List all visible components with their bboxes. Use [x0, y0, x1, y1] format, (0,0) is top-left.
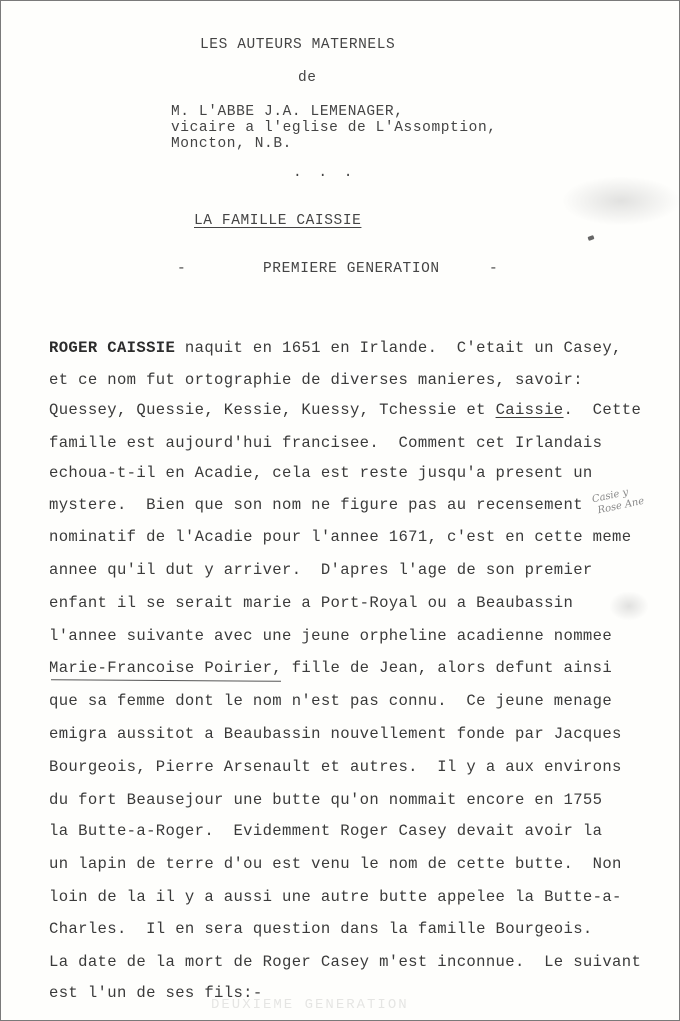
body-line-2: et ce nom fut ortographie de diverses ma… [49, 371, 583, 389]
document-title: LES AUTEURS MATERNELS [200, 36, 395, 54]
body-line-10: l'annee suivante avec une jeune orphelin… [49, 627, 612, 645]
body-line-8: annee qu'il dut y arriver. D'apres l'age… [49, 561, 593, 579]
body-text: naquit en 1651 en Irlande. C'etait un Ca… [175, 339, 622, 357]
body-text: . Cette [564, 401, 642, 419]
underlined-caissie: Caissie [496, 401, 564, 419]
body-line-15: du fort Beausejour une butte qu'on nomma… [49, 791, 602, 809]
body-line-3: Quessey, Quessie, Kessie, Kuessy, Tchess… [49, 401, 641, 419]
scan-smudge [561, 176, 680, 226]
body-line-13: emigra aussitot a Beaubassin nouvellemen… [49, 725, 622, 743]
body-text: , fille de Jean, alors defunt ainsi [272, 659, 612, 677]
author-location: Moncton, N.B. [171, 135, 292, 153]
ink-speck [587, 235, 594, 241]
body-line-18: loin de la il y a aussi une autre butte … [49, 888, 622, 906]
generation-heading: PREMIERE GENERATION [263, 260, 440, 278]
dash-right: - [489, 260, 498, 278]
spouse-name: Marie-Francoise Poirier [49, 659, 272, 677]
handwritten-underline [51, 679, 281, 682]
body-line-9: enfant il se serait marie a Port-Royal o… [49, 594, 573, 612]
scan-smudge [609, 591, 649, 621]
body-line-17: un lapin de terre d'ou est venu le nom d… [49, 855, 622, 873]
body-line-5: echoua-t-il en Acadie, cela est reste ju… [49, 464, 593, 482]
body-line-14: Bourgeois, Pierre Arsenault et autres. I… [49, 758, 622, 776]
bleed-through-text: DEUXIEME GENERATION [211, 997, 409, 1013]
body-line-16: la Butte-a-Roger. Evidemment Roger Casey… [49, 822, 602, 840]
body-text: Quessey, Quessie, Kessie, Kuessy, Tchess… [49, 401, 496, 419]
body-line-12: que sa femme dont le nom n'est pas connu… [49, 692, 612, 710]
document-page: LES AUTEURS MATERNELS de M. L'ABBE J.A. … [0, 0, 680, 1021]
body-line-19: Charles. Il en sera question dans la fam… [49, 920, 593, 938]
body-line-20: La date de la mort de Roger Casey m'est … [49, 953, 641, 971]
body-line-11: Marie-Francoise Poirier, fille de Jean, … [49, 659, 612, 677]
body-line-6: mystere. Bien que son nom ne figure pas … [49, 496, 583, 514]
header-de: de [298, 69, 317, 87]
body-line-7: nominatif de l'Acadie pour l'annee 1671,… [49, 528, 631, 546]
dash-left: - [177, 260, 186, 278]
header-separator: . . . [293, 164, 357, 182]
body-line-1: ROGER CAISSIE naquit en 1651 en Irlande.… [49, 339, 622, 357]
family-title: LA FAMILLE CAISSIE [194, 212, 361, 230]
lead-name: ROGER CAISSIE [49, 339, 175, 357]
handwritten-margin-note: Casie y Rose Ane [591, 484, 645, 518]
body-line-4: famille est aujourd'hui francisee. Comme… [49, 434, 602, 452]
